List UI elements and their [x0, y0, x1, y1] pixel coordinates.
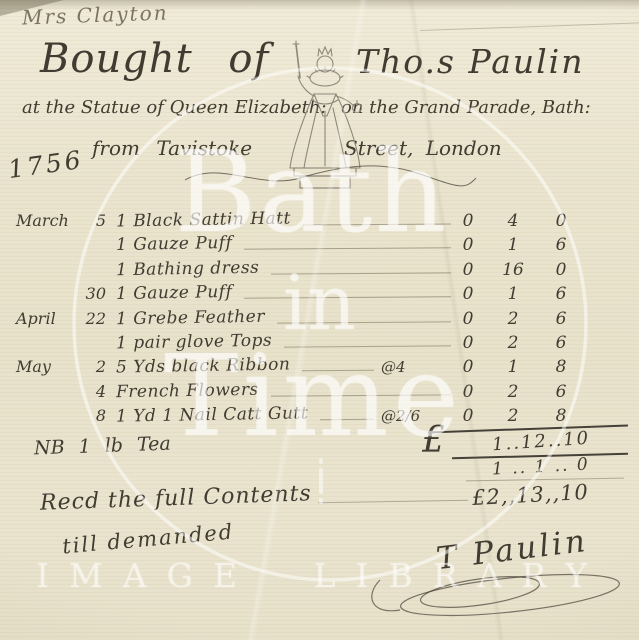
item-day: 4: [96, 382, 106, 401]
pound-symbol: £: [422, 420, 445, 461]
item-shillings: 4: [495, 211, 531, 231]
ledger-rule-line: [271, 394, 451, 396]
item-pounds: 0: [450, 260, 486, 280]
item-pounds: 0: [450, 284, 486, 304]
item-pence: 6: [543, 333, 579, 353]
item-pence: 0: [543, 211, 579, 231]
item-shillings: 16: [495, 260, 531, 280]
item-shillings: 2: [495, 309, 531, 329]
address-line-right-2: Street, London: [344, 136, 502, 160]
item-pounds: 0: [450, 309, 486, 329]
item-shillings: 1: [495, 235, 531, 255]
item-shillings: 1: [495, 284, 531, 304]
address-line-left-2: from Tavistoke: [92, 136, 252, 160]
ledger-rule-line: [277, 321, 451, 323]
item-date: April 22: [16, 309, 106, 328]
item-description: 1 Black Sattin Hatt: [116, 208, 291, 231]
table-row: 4 French Flowers 0 2 6: [0, 381, 639, 405]
ledger-rule-line: [320, 419, 374, 420]
item-pounds: 0: [450, 333, 486, 353]
item-pounds: 0: [450, 211, 486, 231]
item-pence: 8: [543, 406, 579, 426]
item-pence: 6: [543, 284, 579, 304]
item-pence: 6: [543, 382, 579, 402]
item-month: March: [16, 211, 69, 230]
merchant-signature: T Paulin: [434, 523, 590, 577]
item-rate: @2/6: [381, 407, 420, 425]
item-shillings: 2: [495, 382, 531, 402]
subtotal-value: 1..12..10: [491, 428, 590, 456]
item-pounds: 0: [450, 235, 486, 255]
table-row: April 22 1 Grebe Feather 0 2 6: [0, 308, 639, 332]
table-row: 30 1 Gauze Puff 0 1 6: [0, 283, 639, 307]
item-day: 30: [86, 284, 106, 303]
item-day: 22: [86, 309, 106, 328]
item-pounds: 0: [450, 382, 486, 402]
table-row: March 5 1 Black Sattin Hatt 0 4 0: [0, 210, 639, 234]
item-description: French Flowers: [116, 380, 259, 402]
item-date: 30: [16, 284, 106, 303]
ledger-rule-line: [244, 296, 451, 298]
item-day: 2: [96, 357, 106, 376]
item-pence: 6: [543, 235, 579, 255]
ledger-rule-line: [302, 370, 374, 372]
paper-edge-line: [420, 22, 639, 31]
table-row: 1 pair glove Tops 0 2 6: [0, 332, 639, 356]
item-description: 1 Gauze Puff: [116, 233, 233, 255]
item-day: 5: [96, 211, 106, 230]
item-date: March 5: [16, 211, 106, 230]
item-date: 4: [16, 382, 106, 401]
item-description: 1 pair glove Tops: [116, 331, 273, 354]
tea-amount: 1 .. 1 .. 0: [492, 454, 591, 479]
table-row: May 2 5 Yds black Ribbon @4 0 1 8: [0, 356, 639, 380]
item-pounds: 0: [450, 357, 486, 377]
table-row: 8 1 Yd 1 Nail Catt Gutt @2/6 0 2 8: [0, 405, 639, 429]
ledger-rule-line: [303, 223, 451, 225]
received-dash: [318, 500, 468, 504]
table-row: 1 Bathing dress 0 16 0: [0, 259, 639, 283]
ledger-rule-line: [244, 248, 451, 250]
item-shillings: 2: [495, 333, 531, 353]
item-date: 8: [16, 406, 106, 425]
item-shillings: 1: [495, 357, 531, 377]
item-pence: 8: [543, 357, 579, 377]
grand-total: £2,,13,,10: [471, 480, 589, 510]
year-label: 1756: [6, 145, 85, 184]
address-line-right-1: on the Grand Parade, Bath:: [341, 97, 591, 118]
item-month: May: [16, 357, 51, 376]
item-description: 5 Yds black Ribbon: [116, 355, 291, 378]
ledger-rule-line: [271, 272, 451, 274]
total-rule: [466, 478, 624, 482]
item-description: 1 Bathing dress: [116, 258, 260, 280]
item-rate: @4: [381, 358, 406, 376]
item-pounds: 0: [450, 406, 486, 426]
table-row: 1 Gauze Puff 0 1 6: [0, 234, 639, 258]
item-pence: 6: [543, 309, 579, 329]
customer-name: Mrs Clayton: [22, 0, 169, 29]
ledger-rule-line: [284, 345, 451, 347]
till-demanded-note: till demanded: [61, 520, 235, 559]
item-pence: 0: [543, 260, 579, 280]
item-description: 1 Yd 1 Nail Catt Gutt: [116, 404, 308, 427]
tea-note: NB 1 lb Tea: [34, 433, 171, 460]
item-shillings: 2: [495, 406, 531, 426]
item-date: May 2: [16, 357, 106, 376]
item-month: April: [16, 309, 56, 328]
item-day: 8: [96, 406, 106, 425]
item-description: 1 Grebe Feather: [116, 306, 265, 329]
received-statement: Recd the full Contents: [40, 481, 313, 515]
scanned-receipt-document: Mrs Clayton Bought of Tho.s Paulin at th…: [0, 0, 639, 640]
address-line-left-1: at the Statue of Queen Elizabeth:: [22, 97, 327, 118]
bought-of-heading: Bought of: [40, 36, 269, 82]
item-description: 1 Gauze Puff: [116, 282, 233, 304]
merchant-name: Tho.s Paulin: [356, 42, 584, 81]
